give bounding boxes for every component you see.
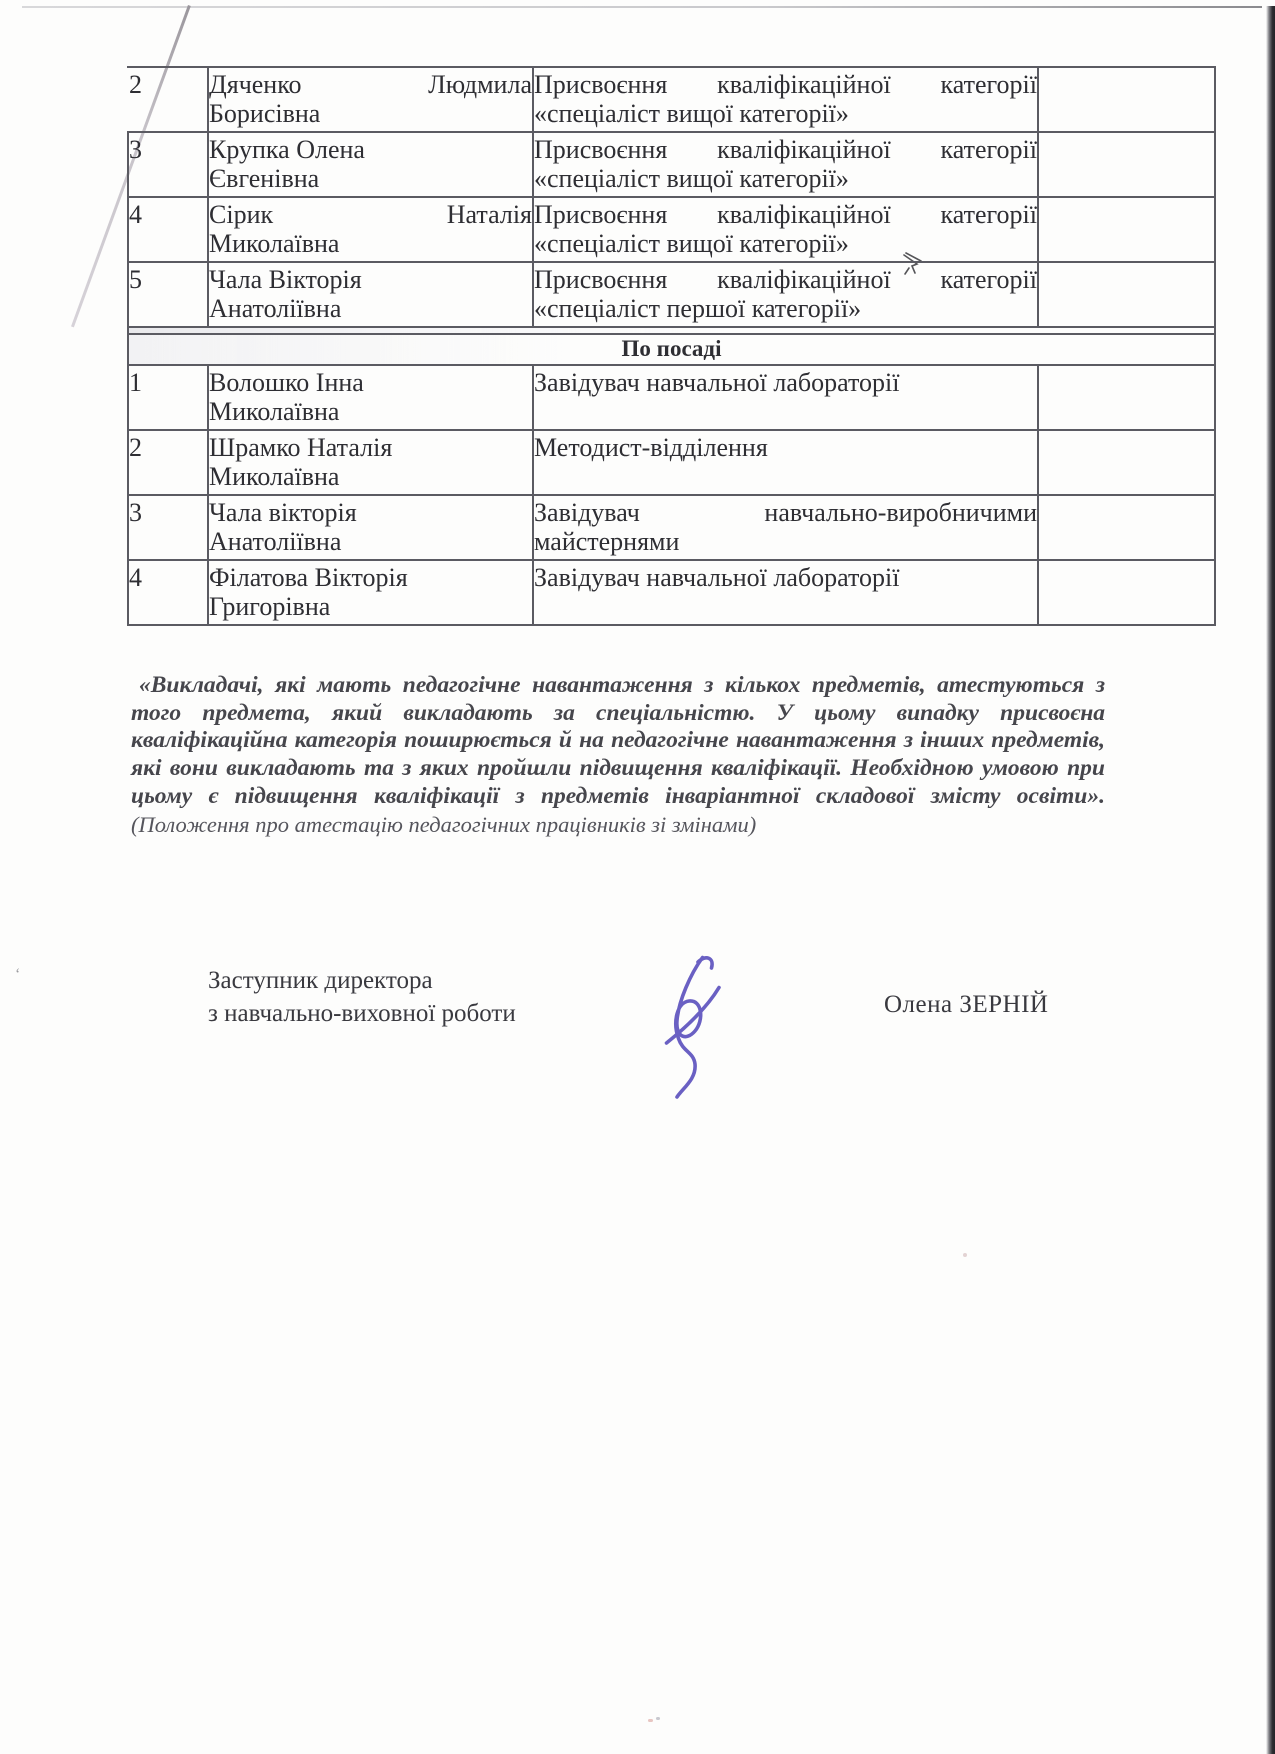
teacher-name-cell: Чала Вікторія Анатоліївна [208,262,533,327]
position-cell: Завідувач навчальної лабораторії [533,365,1038,430]
row-number: 1 [129,368,142,397]
empty-cell [1038,132,1215,197]
signer-name: Олена ЗЕРНІЙ [884,991,1048,1019]
dot-artifact [656,1717,660,1720]
name-text: Миколаївна [209,229,339,258]
scanned-document-page: ʻ 2 ДяченкоЛюдмила Борисівна Присвоєнняк… [0,0,1275,1754]
name-text: Анатоліївна [209,527,341,556]
row-number-cell: 1 [128,365,208,430]
name-text: Наталія [447,200,532,229]
signature-ink-scribble [636,950,736,1100]
empty-cell [1038,365,1215,430]
name-text: Євгенівна [209,164,319,193]
qualification-text: «спеціаліст вищої категорії» [534,229,849,258]
empty-cell [1038,560,1215,625]
qualification-text: кваліфікаційної [717,135,891,164]
attestation-table: 2 ДяченкоЛюдмила Борисівна Присвоєнняква… [127,66,1216,626]
signature-title-line1: Заступник директора [208,964,516,997]
table-row: 3 Чала вікторія Анатоліївна Завідувачнав… [128,495,1215,560]
empty-cell [1038,197,1215,262]
qualification-text: категорії [941,265,1037,294]
empty-cell [1038,262,1215,327]
name-text: Чала Вікторія [209,265,362,294]
table-row: 1 Волошко Інна Миколаївна Завідувач навч… [128,365,1215,430]
name-text: Волошко Інна [209,368,364,397]
name-text: Філатова Вікторія [209,563,408,592]
signature-title-line2: з навчально-виховної роботи [208,997,516,1030]
row-number: 4 [129,563,142,592]
position-text: Завідувач навчальної лабораторії [534,563,899,592]
qualification-text: Присвоєння [534,200,667,229]
qualification-text: «спеціаліст вищої категорії» [534,99,849,128]
section-header-label: По посаді [128,334,1215,365]
name-text: Сірик [209,200,273,229]
signature-title-block: Заступник директора з навчально-виховної… [208,964,516,1030]
row-number: 2 [129,70,142,99]
name-text: Шрамко Наталія [209,433,392,462]
qualification-cell: Присвоєннякваліфікаційноїкатегорії «спец… [533,67,1038,132]
name-text: Людмила [428,70,532,99]
note-paragraph: «Викладачі, які мають педагогічне навант… [131,672,1105,839]
row-number: 3 [129,135,142,164]
table-row: 2 ДяченкоЛюдмила Борисівна Присвоєнняква… [128,67,1215,132]
teacher-name-cell: СірикНаталія Миколаївна [208,197,533,262]
name-text: Григорівна [209,592,330,621]
teacher-name-cell: ДяченкоЛюдмила Борисівна [208,67,533,132]
qualification-text: категорії [941,70,1037,99]
speck-artifact: ʻ [15,966,20,984]
name-text: Дяченко [209,70,302,99]
qualification-text: Присвоєння [534,265,667,294]
qualification-text: «спеціаліст першої категорії» [534,294,861,323]
qualification-text: кваліфікаційної [717,200,891,229]
table-row: 2 Шрамко Наталія Миколаївна Методист-від… [128,430,1215,495]
row-number-cell: 4 [128,197,208,262]
attestation-table-container: 2 ДяченкоЛюдмила Борисівна Присвоєнняква… [127,66,1216,626]
name-text: Крупка Олена [209,135,365,164]
qualification-cell: Присвоєннякваліфікаційноїкатегорії «спец… [533,197,1038,262]
qualification-text: кваліфікаційної [717,70,891,99]
scan-gap-row [128,327,1215,334]
position-text: майстернями [534,527,679,556]
row-number-cell: 5 [128,262,208,327]
teacher-name-cell: Волошко Інна Миколаївна [208,365,533,430]
row-number: 2 [129,433,142,462]
qualification-text: категорії [941,200,1037,229]
row-number-cell: 4 [128,560,208,625]
position-text: Завідувач навчальної лабораторії [534,368,899,397]
qualification-cell: Присвоєннякваліфікаційноїкатегорії «спец… [533,132,1038,197]
qualification-text: Присвоєння [534,135,667,164]
scan-page-right-edge-shadow [1266,6,1275,1754]
qualification-cell: Присвоєннякваліфікаційноїкатегорії «спец… [533,262,1038,327]
position-cell: Завідувач навчальної лабораторії [533,560,1038,625]
scan-top-edge-line [22,6,1262,8]
section-header-row: По посаді [128,334,1215,365]
row-number-cell: 3 [128,132,208,197]
teacher-name-cell: Крупка Олена Євгенівна [208,132,533,197]
name-text: Чала вікторія [209,498,357,527]
name-text: Миколаївна [209,397,339,426]
teacher-name-cell: Чала вікторія Анатоліївна [208,495,533,560]
teacher-name-cell: Шрамко Наталія Миколаївна [208,430,533,495]
position-cell: Методист-відділення [533,430,1038,495]
position-text: Завідувач [534,498,640,527]
qualification-text: «спеціаліст вищої категорії» [534,164,849,193]
name-text: Миколаївна [209,462,339,491]
name-text: Борисівна [209,99,320,128]
row-number: 4 [129,200,142,229]
position-text: навчально-виробничими [764,498,1037,527]
teacher-name-cell: Філатова Вікторія Григорівна [208,560,533,625]
table-row: 4 СірикНаталія Миколаївна Присвоєнняквал… [128,197,1215,262]
row-number: 3 [129,498,142,527]
row-number-cell: 2 [128,67,208,132]
note-source-text: (Положення про атестацію педагогічних пр… [131,812,756,837]
qualification-text: кваліфікаційної [717,265,891,294]
position-cell: Завідувачнавчально-виробничими майстерня… [533,495,1038,560]
row-number: 5 [129,265,142,294]
table-row: 4 Філатова Вікторія Григорівна Завідувач… [128,560,1215,625]
row-number-cell: 3 [128,495,208,560]
qualification-text: категорії [941,135,1037,164]
empty-cell [1038,430,1215,495]
dot-artifact [963,1253,967,1257]
dot-artifact [648,1719,653,1722]
position-text: Методист-відділення [534,433,768,462]
empty-cell [1038,67,1215,132]
table-row: 3 Крупка Олена Євгенівна Присвоєнняквалі… [128,132,1215,197]
table-row: 5 Чала Вікторія Анатоліївна Присвоєннякв… [128,262,1215,327]
name-text: Анатоліївна [209,294,341,323]
qualification-text: Присвоєння [534,70,667,99]
note-quoted-text: «Викладачі, які мають педагогічне навант… [131,672,1105,809]
empty-cell [1038,495,1215,560]
row-number-cell: 2 [128,430,208,495]
